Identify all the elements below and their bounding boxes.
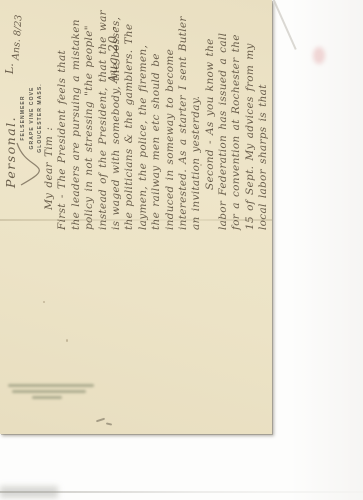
body-line: induced in someway to become xyxy=(164,1,177,230)
scanned-letter-background: Personal. L. Ans. 8/23 FELSENMEER GRAPE … xyxy=(0,0,363,500)
body-line: labor Federation has issued a call xyxy=(217,1,230,230)
answered-docket: Ans. 8/23 xyxy=(10,14,24,60)
corner-crease xyxy=(271,0,296,50)
stamp-text-row xyxy=(8,384,94,387)
letter-body: My dear Tim : First - The President feel… xyxy=(43,1,271,230)
printed-letterhead: FELSENMEER GRAPE VINE COVE GLOUCESTER MA… xyxy=(19,55,45,181)
paper-speck xyxy=(43,301,45,303)
body-line: laymen, the police, the firemen, xyxy=(137,1,150,230)
pink-smudge xyxy=(313,47,325,64)
filing-initial: L. xyxy=(3,63,16,74)
body-line: instead of the President, that the war xyxy=(97,1,110,230)
body-line: policy in not stressing "the people" xyxy=(83,1,96,230)
stamp-text-row xyxy=(12,390,86,393)
salutation: My dear Tim : xyxy=(43,1,56,210)
body-line: the leaders are pursuing a mistaken xyxy=(70,1,83,230)
letter-page: Personal. L. Ans. 8/23 FELSENMEER GRAPE … xyxy=(0,0,272,434)
body-line: interested. As a starter I sent Butler xyxy=(177,1,190,230)
letterhead-line: GRAPE VINE COVE xyxy=(28,55,37,181)
body-line: an invitation yesterday. xyxy=(190,1,203,230)
body-line: 15 of Sept. My advices from my xyxy=(244,1,257,230)
body-line: for a convention at Rochester the xyxy=(230,1,243,230)
body-line: local labor sharps is that xyxy=(257,1,270,230)
faint-illegible-stamp xyxy=(6,384,98,404)
body-line: First - The President feels that xyxy=(56,1,69,230)
body-line: Second - As you know the xyxy=(204,1,217,190)
body-line: is waged with somebody, the bosses, xyxy=(110,1,123,230)
paper-speck xyxy=(66,340,68,343)
scan-smudge xyxy=(0,486,58,498)
paper-speck xyxy=(200,164,202,166)
stamp-text-row xyxy=(32,396,62,399)
body-line: the politicians & the gamblers. The xyxy=(123,1,136,230)
body-line: the railway men etc should be xyxy=(150,1,163,230)
letterhead-line: FELSENMEER xyxy=(19,55,28,181)
